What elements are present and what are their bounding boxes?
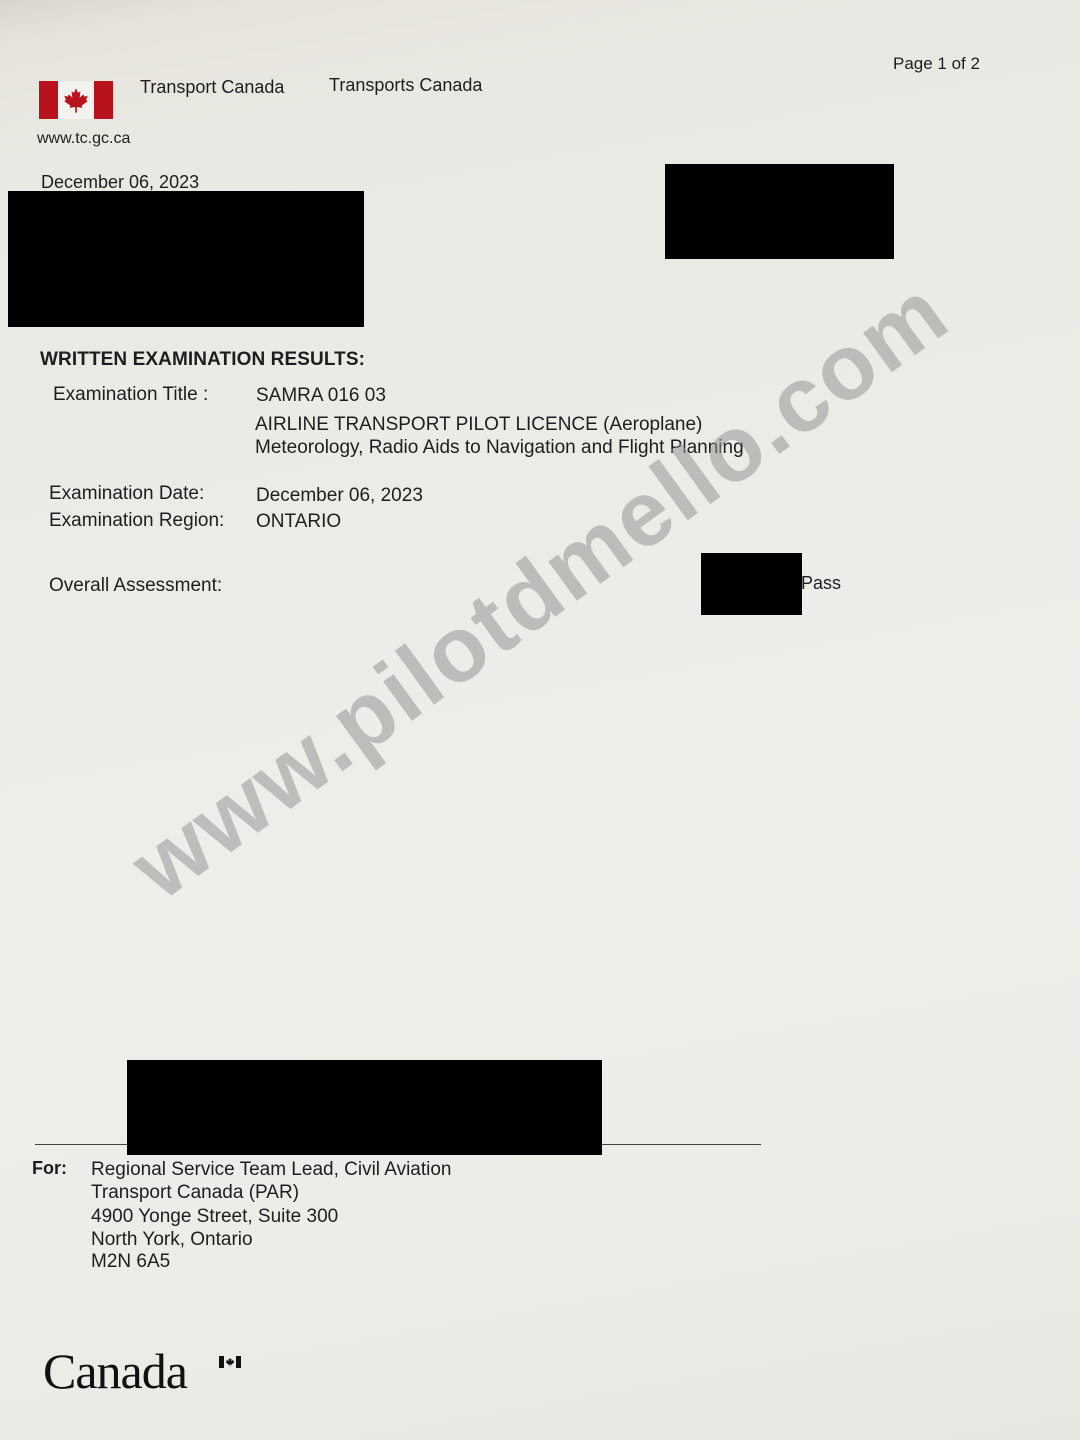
- maple-leaf-icon: [62, 86, 90, 114]
- website-link: www.tc.gc.ca: [37, 130, 130, 148]
- canada-wordmark: Canada: [43, 1342, 187, 1400]
- section-title: WRITTEN EXAMINATION RESULTS:: [40, 349, 365, 371]
- exam-date: December 06, 2023: [256, 485, 423, 507]
- page-indicator: Page 1 of 2: [893, 54, 980, 74]
- redacted-signature: [127, 1060, 602, 1155]
- exam-date-label: Examination Date:: [49, 483, 204, 505]
- overall-assessment-label: Overall Assessment:: [49, 575, 222, 597]
- wordmark-flag-icon: [219, 1356, 241, 1368]
- department-name-french: Transports Canada: [329, 75, 482, 96]
- address-line: North York, Ontario: [91, 1228, 253, 1251]
- maple-leaf-icon: [225, 1357, 235, 1367]
- department-name-english: Transport Canada: [140, 77, 284, 98]
- address-line: 4900 Yonge Street, Suite 300: [91, 1205, 338, 1228]
- address-line: Regional Service Team Lead, Civil Aviati…: [91, 1158, 452, 1181]
- overall-assessment-value: Pass: [801, 573, 841, 594]
- letter-date: December 06, 2023: [41, 172, 199, 193]
- address-line: M2N 6A5: [91, 1250, 170, 1273]
- exam-code: SAMRA 016 03: [256, 385, 386, 407]
- canada-flag-icon: [39, 81, 113, 119]
- exam-region-label: Examination Region:: [49, 510, 224, 532]
- redacted-reference-block: [665, 164, 894, 259]
- address-line: Transport Canada (PAR): [91, 1181, 299, 1204]
- redacted-score: [701, 553, 802, 615]
- redacted-recipient-block: [8, 191, 364, 327]
- exam-name-line1: AIRLINE TRANSPORT PILOT LICENCE (Aeropla…: [255, 414, 702, 436]
- exam-region: ONTARIO: [256, 511, 341, 533]
- exam-name-line2: Meteorology, Radio Aids to Navigation an…: [255, 437, 744, 459]
- for-label: For:: [32, 1158, 67, 1179]
- exam-title-label: Examination Title :: [53, 384, 208, 406]
